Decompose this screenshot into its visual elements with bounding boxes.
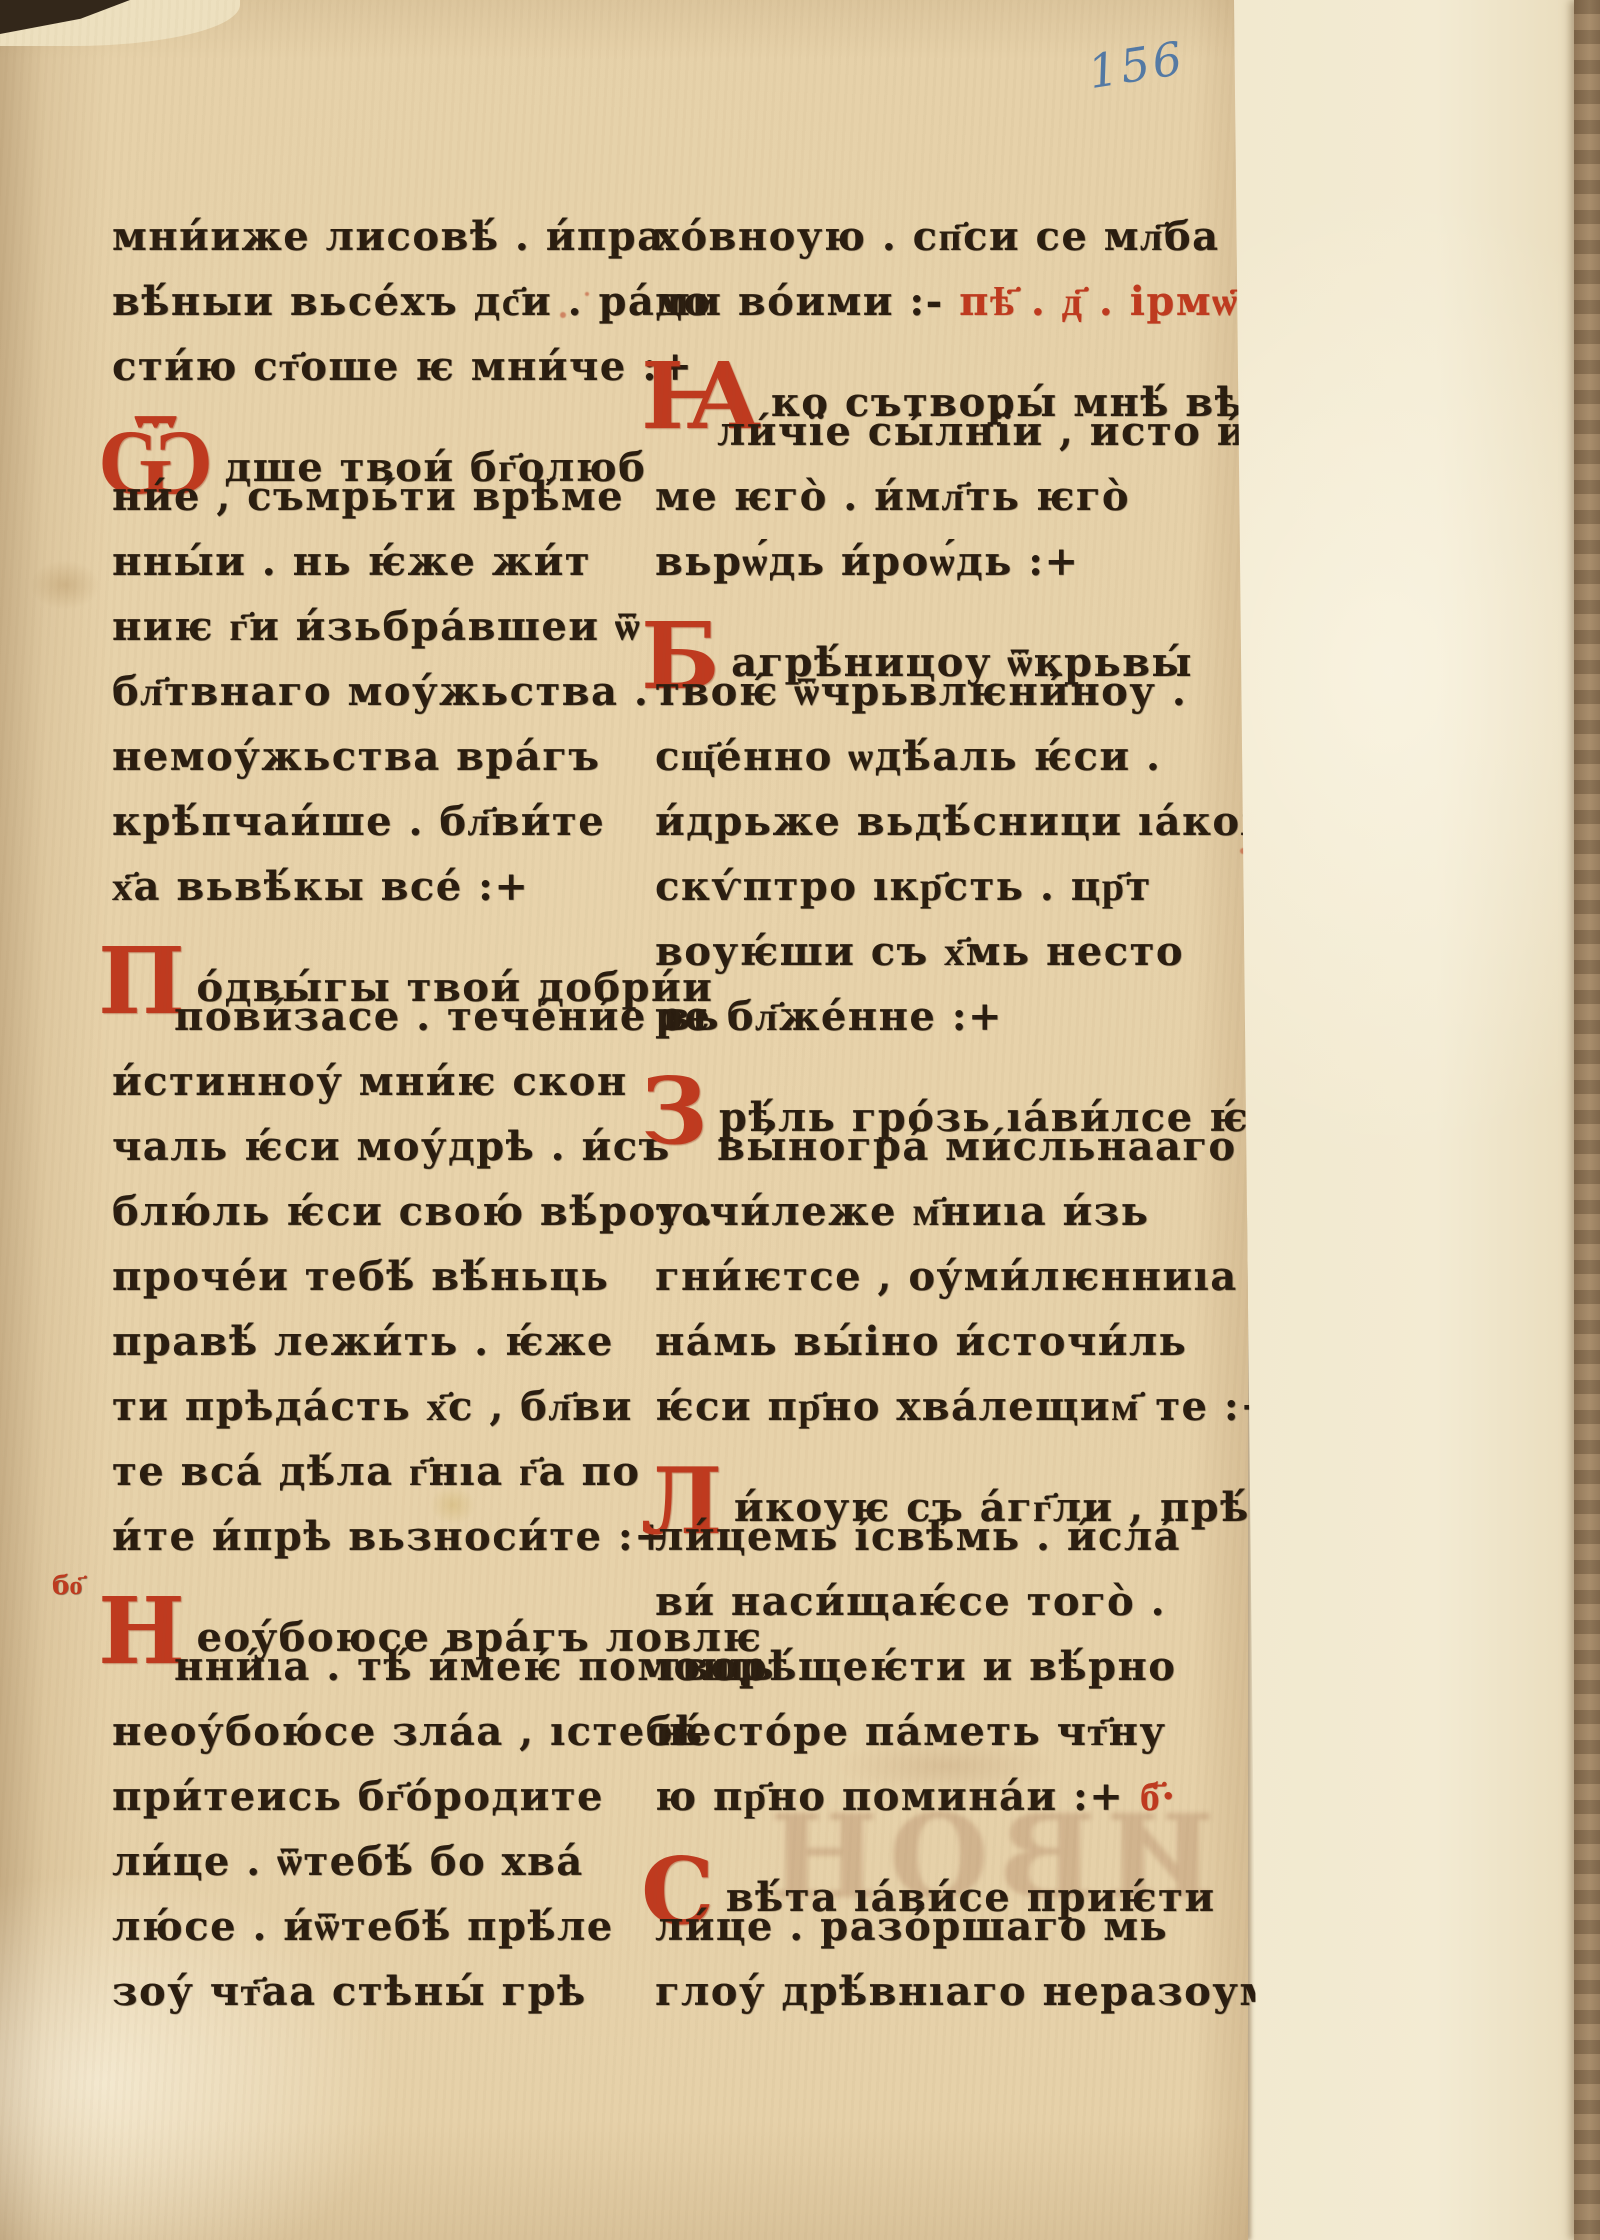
manuscript-text-line: зоу́ чт҃аа стѣны́ грѣ — [112, 1963, 687, 2028]
manuscript-text-line: лю́се . и́ѿтебѣ́ прѣ́ле — [112, 1898, 687, 1963]
text-column-right: хо́вноую . сп҃си се мл҃бами во́ими :- пѣ… — [655, 208, 1230, 2028]
manuscript-text-line: чаль ѥ́си моу́дрѣ . и́съ — [112, 1118, 687, 1183]
manuscript-text-line: хо́вноую . сп҃си се мл҃ба — [655, 208, 1230, 273]
manuscript-text-line: несто́ре па́меть чт҃ну — [655, 1703, 1230, 1768]
text-segment: и́те и́прѣ вьзноси́те :+ — [112, 1513, 669, 1560]
text-segment: скѵ́птро ıкр҃сть . цр҃т — [655, 863, 1152, 910]
text-segment: чаль ѥ́си моу́дрѣ . и́съ — [112, 1123, 671, 1170]
manuscript-text-line: ме ѥго̀ . и́мл҃ть ѥго̀ — [655, 468, 1230, 533]
text-segment: ю пр҃но помина́и :+ — [655, 1773, 1140, 1820]
manuscript-text-line: крѣ́пчаи́ше . бл҃ви́те — [112, 793, 687, 858]
manuscript-text-line: Свѣ́та ıа́ви́се приѥ́ти — [655, 1833, 1230, 1898]
manuscript-text-line: глоу́ дрѣ́внıаго неразоумїа — [655, 1963, 1230, 2028]
text-segment: при́теись бг҃о́родите — [112, 1773, 604, 1820]
text-segment: глоу́ дрѣ́внıаго неразоумїа — [655, 1968, 1320, 2015]
text-segment: те вса́ дѣ́ла г҃нıа г҃а по — [112, 1448, 640, 1495]
text-segment: и́стинноу́ мни́ѥ скон — [112, 1058, 628, 1105]
manuscript-text-line: ре бл҃же́нне :+ — [655, 988, 1230, 1053]
manuscript-text-line: точи́леже м҃ниıа и́зь — [655, 1183, 1230, 1248]
manuscript-text-line: нни́ıа . тѣ́ и́меѥ́ помощь — [112, 1638, 687, 1703]
text-segment: воуѥ́ши съ х҃мь несто — [655, 928, 1184, 975]
rubric-text: б҃· — [1140, 1773, 1177, 1820]
text-segment: ре бл҃же́нне :+ — [655, 993, 1003, 1040]
manuscript-text-line: ли́це . ѿтебѣ́ бо хва́ — [112, 1833, 687, 1898]
manuscript-text-line: ли́це . разо́ршаго мь — [655, 1898, 1230, 1963]
folio-number: 156 — [1085, 27, 1212, 99]
manuscript-text-line: ю пр҃но помина́и :+ б҃· — [655, 1768, 1230, 1833]
text-segment: ми во́ими :- — [655, 278, 959, 325]
manuscript-text-line: воуѥ́ши съ х҃мь несто — [655, 923, 1230, 988]
manuscript-text-line: бо҃Неоу́боюсе вра́гъ ловлѥ — [112, 1573, 687, 1638]
text-segment: вьрѡ́дь и́роѡ́дь :+ — [655, 538, 1079, 585]
text-segment: творѣ́щеѥ́ти и вѣ́рно — [655, 1643, 1176, 1690]
manuscript-text-line: ѥ́си пр҃но хва́лещим҃ те :+ — [655, 1378, 1230, 1443]
manuscript-text-line: на́мь вы́іно и́сточи́ль — [655, 1313, 1230, 1378]
manuscript-text-line: По́двы́гы твои́ добри́и — [112, 923, 687, 988]
text-segment: неоу́бою́се зла́а , ıстебѣ́ — [112, 1708, 704, 1755]
text-segment: лю́се . и́ѿтебѣ́ прѣ́ле — [112, 1903, 614, 1950]
manuscript-text-line: вы́ногра́ ми́сльнааго . — [655, 1118, 1230, 1183]
text-segment: вы́ногра́ ми́сльнааго . — [717, 1123, 1267, 1170]
text-segment: несто́ре па́меть чт҃ну — [655, 1708, 1166, 1755]
manuscript-leaf: ИВОН В 156 мни́иже лисовѣ́ . и́правѣ́ныи… — [0, 0, 1248, 2240]
manuscript-text-line: вьрѡ́дь и́роѡ́дь :+ — [655, 533, 1230, 598]
manuscript-text-line: неоу́бою́се зла́а , ıстебѣ́ — [112, 1703, 687, 1768]
text-segment: пови́засе . тече́ни́е вь — [174, 993, 720, 1040]
text-segment: ли́чїе сы́лнїи , исто и́ — [717, 408, 1248, 455]
manuscript-text-line: при́теись бг҃о́родите — [112, 1768, 687, 1833]
manuscript-text-line: ниѥ г҃и и́зьбра́вшеи ѿ — [112, 598, 687, 663]
text-segment: правѣ́ лежи́ть . ѥ́же — [112, 1318, 614, 1365]
text-segment: ви́ наси́щаѥ́се того̀ . — [655, 1578, 1166, 1625]
text-segment: мни́иже лисовѣ́ . и́пра — [112, 213, 665, 260]
text-segment: ли́це . разо́ршаго мь — [655, 1903, 1168, 1950]
manuscript-text-line: ни́е , съмрь́ти врѣ́ме — [112, 468, 687, 533]
manuscript-text-line: ли́цемь і́свѣ́мь . и́сла́ — [655, 1508, 1230, 1573]
manuscript-text-line: ви́ наси́щаѥ́се того̀ . — [655, 1573, 1230, 1638]
text-segment: бл҃твнаго моу́жьства . — [112, 668, 649, 715]
manuscript-text-line: нны́и . нь ѥ́же жи́т — [112, 533, 687, 598]
text-segment: блю́ль ѥ́си свою́ вѣ́роу . — [112, 1188, 714, 1235]
text-segment: гни́ѥтсе , оу́ми́лѥнниıа — [655, 1253, 1238, 1300]
manuscript-text-line: и́стинноу́ мни́ѥ скон — [112, 1053, 687, 1118]
manuscript-text-line: и́дрьже вьдѣ́сници ıа́кож — [655, 793, 1230, 858]
manuscript-text-line: Ли́коуѥ съ а́гг҃ли , прѣ́ — [655, 1443, 1230, 1508]
text-segment: нны́и . нь ѥ́же жи́т — [112, 538, 591, 585]
text-segment: крѣ́пчаи́ше . бл҃ви́те — [112, 798, 605, 845]
manuscript-text-line: вѣ́ныи вьсе́хъ дс҃и . ра́до — [112, 273, 687, 338]
manuscript-text-line: твоѥ́ ѿчрьвлѥни́ноу . — [655, 663, 1230, 728]
text-segment: сти́ю ст҃оше ѥ мни́че :+ — [112, 343, 693, 390]
text-segment: ниѥ г҃и и́зьбра́вшеи ѿ — [112, 603, 641, 650]
text-segment: твоѥ́ ѿчрьвлѥни́ноу . — [655, 668, 1187, 715]
manuscript-text-line: правѣ́ лежи́ть . ѥ́же — [112, 1313, 687, 1378]
manuscript-text-line: Багрѣ́ницоу ѿкрьвы́ — [655, 598, 1230, 663]
manuscript-text-line: х҃а вьвѣ́кы все́ :+ — [112, 858, 687, 923]
manuscript-text-line: блю́ль ѥ́си свою́ вѣ́роу . — [112, 1183, 687, 1248]
manuscript-text-line: Зрѣ́ль гро́зь ıа́ви́лсе ѥ́и — [655, 1053, 1230, 1118]
manuscript-text-line: скѵ́птро ıкр҃сть . цр҃т — [655, 858, 1230, 923]
manuscript-text-line: ли́чїе сы́лнїи , исто и́ — [655, 403, 1230, 468]
manuscript-text-line: пови́засе . тече́ни́е вь — [112, 988, 687, 1053]
text-segment: ли́цемь і́свѣ́мь . и́сла́ — [655, 1513, 1181, 1560]
manuscript-text-line: бл҃твнаго моу́жьства . — [112, 663, 687, 728]
text-segment: х҃а вьвѣ́кы все́ :+ — [112, 863, 529, 910]
manuscript-text-line: Ѿдше твои́ бг҃олюб — [112, 403, 687, 468]
manuscript-text-line: мни́иже лисовѣ́ . и́пра — [112, 208, 687, 273]
manuscript-text-line: немоу́жьства вра́гъ — [112, 728, 687, 793]
manuscript-text-line: творѣ́щеѥ́ти и вѣ́рно — [655, 1638, 1230, 1703]
rubric-text: пѣ҃ . д҃ . ірмѡ҃ . — [959, 278, 1269, 325]
manuscript-text-line: сти́ю ст҃оше ѥ мни́че :+ — [112, 338, 687, 403]
manuscript-text-line: те вса́ дѣ́ла г҃нıа г҃а по — [112, 1443, 687, 1508]
text-segment: хо́вноую . сп҃си се мл҃ба — [655, 213, 1220, 260]
paper-stain — [30, 560, 100, 610]
text-column-left: мни́иже лисовѣ́ . и́правѣ́ныи вьсе́хъ дс… — [112, 208, 687, 2028]
text-segment: зоу́ чт҃аа стѣны́ грѣ — [112, 1968, 587, 2015]
manuscript-text-line: гни́ѥтсе , оу́ми́лѥнниıа — [655, 1248, 1230, 1313]
text-segment: вѣ́ныи вьсе́хъ дс҃и . ра́до — [112, 278, 712, 325]
manuscript-text-line: проче́и тебѣ́ вѣ́ньць — [112, 1248, 687, 1313]
text-segment: и́дрьже вьдѣ́сници ıа́кож — [655, 798, 1282, 845]
manuscript-text-line: Ꙗко сътворы́ мнѣ́ вѣ — [655, 338, 1230, 403]
text-segment: ни́е , съмрь́ти врѣ́ме — [112, 473, 624, 520]
text-segment: на́мь вы́іно и́сточи́ль — [655, 1318, 1187, 1365]
manuscript-text-line: и́те и́прѣ вьзноси́те :+ — [112, 1508, 687, 1573]
text-segment: сщ҃е́нно ѡдѣ́аль ѥ́си . — [655, 733, 1161, 780]
text-segment: ти прѣда́сть х҃с , бл҃ви — [112, 1383, 633, 1430]
manuscript-text-line: ми во́ими :- пѣ҃ . д҃ . ірмѡ҃ . — [655, 273, 1230, 338]
text-segment: ме ѥго̀ . и́мл҃ть ѥго̀ — [655, 473, 1130, 520]
manuscript-text-line: ти прѣда́сть х҃с , бл҃ви — [112, 1378, 687, 1443]
manuscript-text-line: сщ҃е́нно ѡдѣ́аль ѥ́си . — [655, 728, 1230, 793]
text-segment: немоу́жьства вра́гъ — [112, 733, 600, 780]
text-segment: ѥ́си пр҃но хва́лещим҃ те :+ — [655, 1383, 1275, 1430]
margin-gloss: бо҃ — [52, 1557, 82, 1615]
book-edge-strip — [1574, 0, 1600, 2240]
text-segment: проче́и тебѣ́ вѣ́ньць — [112, 1253, 609, 1300]
text-segment: ли́це . ѿтебѣ́ бо хва́ — [112, 1838, 584, 1885]
manuscript-photo: ИВОН В 156 мни́иже лисовѣ́ . и́правѣ́ныи… — [0, 0, 1600, 2240]
text-segment: точи́леже м҃ниıа и́зь — [655, 1188, 1149, 1235]
